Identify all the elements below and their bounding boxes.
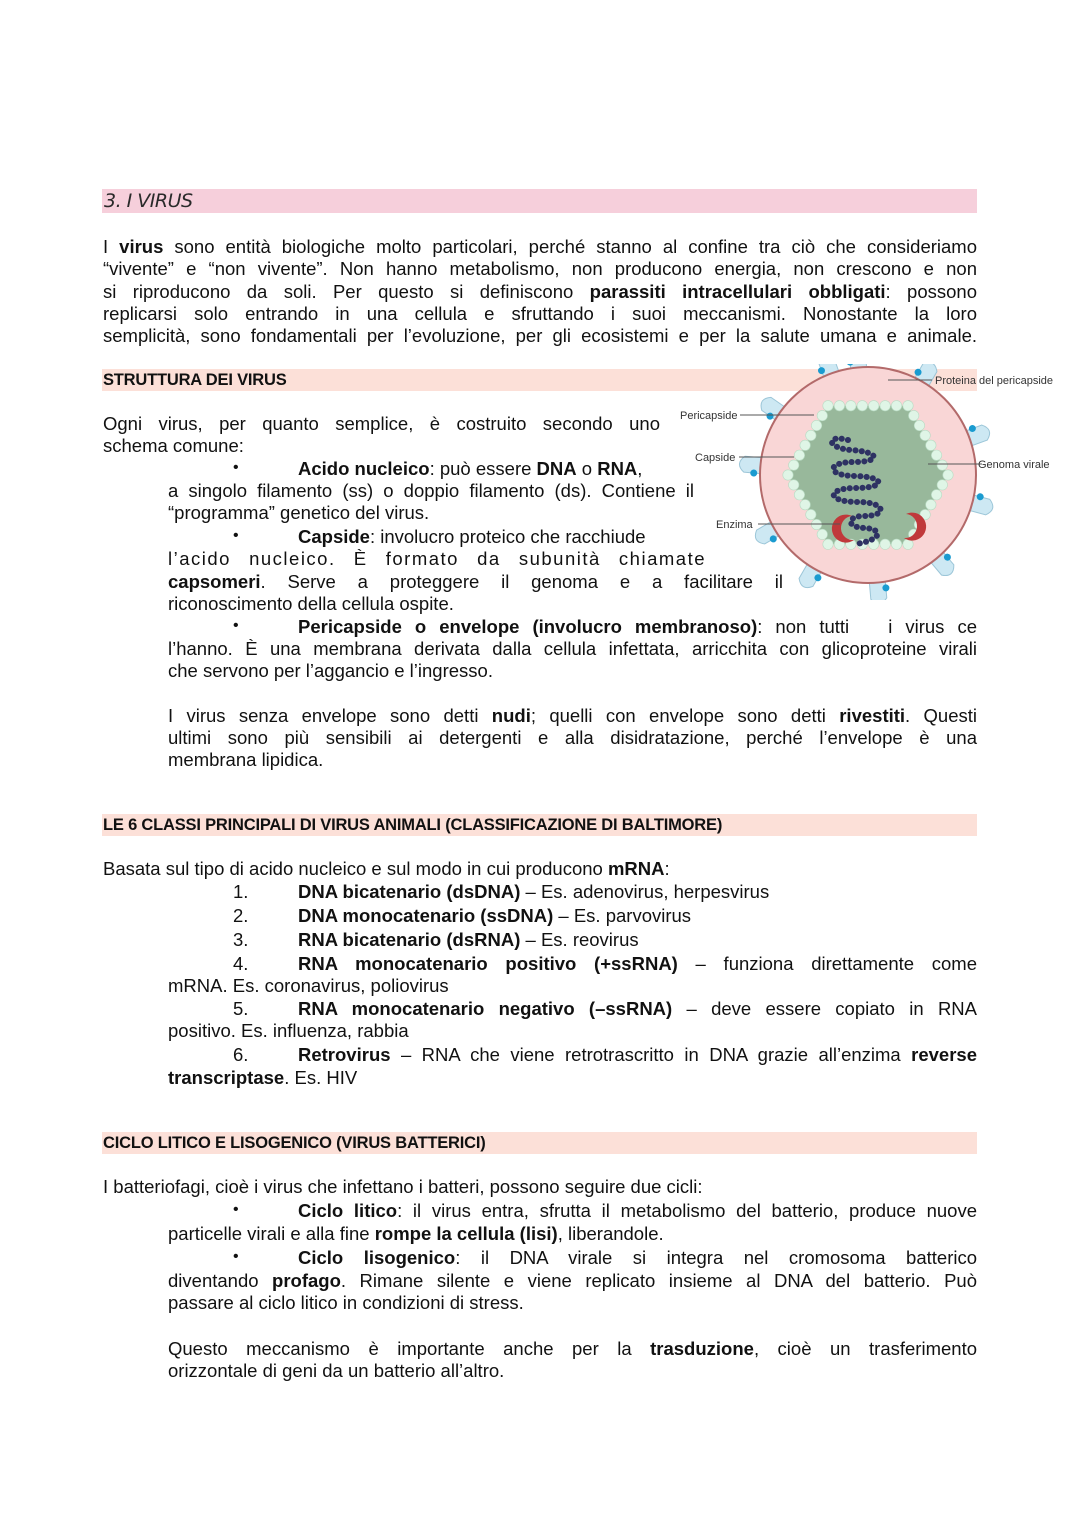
section-heading-cycles: CICLO LITICO E LISOGENICO (VIRUS BATTERI… [103,1134,486,1153]
structure-item-pericapside: Pericapside o envelope (involucro membra… [298,616,977,638]
virus-structure-diagram: Proteina del pericapside Pericapside Cap… [676,364,1070,600]
structure-item-line: l’acido nucleico. È formato da subunità … [168,548,706,570]
structure-note-line: membrana lipidica. [168,749,323,771]
baltimore-class: RNA bicatenario (dsRNA) – Es. reovirus [298,929,639,951]
bullet-icon: • [233,527,239,545]
chapter-title: 3. I VIRUS [104,190,193,212]
baltimore-class: DNA bicatenario (dsDNA) – Es. adenovirus… [298,881,769,903]
intro-line: I virus sono entità biologiche molto par… [103,236,977,258]
structure-item-line: che servono per l’aggancio e l’ingresso. [168,660,493,682]
section-heading-structure: STRUTTURA DEI VIRUS [103,371,287,390]
virus-illustration: Proteina del pericapside Pericapside Cap… [676,364,1070,600]
baltimore-class: RNA monocatenario positivo (+ssRNA) – fu… [298,953,977,975]
list-number: 4. [233,953,248,975]
bullet-icon: • [233,617,239,635]
bullet-icon: • [233,1248,239,1266]
cycle-item-litico: Ciclo litico: il virus entra, sfrutta il… [298,1200,977,1222]
structure-item-line: “programma” genetico del virus. [168,502,429,524]
structure-note-line: I virus senza envelope sono detti nudi; … [168,705,977,727]
baltimore-class: RNA monocatenario negativo (–ssRNA) – de… [298,998,977,1020]
structure-note-line: ultimi sono più sensibili ai detergenti … [168,727,977,749]
intro-line: semplicità, sono fondamentali per l’evol… [103,325,977,347]
chapter-title-bar [102,189,977,213]
list-number: 3. [233,929,248,951]
cycles-note-line: orizzontale di geni da un batterio all’a… [168,1360,504,1382]
label-enzyme: Enzima [716,519,754,531]
structure-item-acido-nucleico: Acido nucleico: può essere DNA o RNA, [298,458,642,480]
list-number: 1. [233,881,248,903]
cycle-item-line: passare al ciclo litico in condizioni di… [168,1292,524,1314]
structure-item-line: l’hanno. È una membrana derivata dalla c… [168,638,977,660]
bullet-icon: • [233,1201,239,1219]
cycles-lead: I batteriofagi, cioè i virus che infetta… [103,1176,703,1198]
baltimore-lead: Basata sul tipo di acido nucleico e sul … [103,858,670,880]
baltimore-class-cont: transcriptase. Es. HIV [168,1067,357,1089]
baltimore-class: Retrovirus – RNA che viene retrotrascrit… [298,1044,977,1066]
cycle-item-lisogenico: Ciclo lisogenico: il DNA virale si integ… [298,1247,977,1269]
label-capsid: Capside [695,452,735,464]
label-pericapsid-protein: Proteina del pericapside [935,375,1053,387]
intro-line: si riproducono da soli. Per questo si de… [103,281,977,303]
label-genome: Genoma virale [978,459,1050,471]
bullet-icon: • [233,459,239,477]
cycle-item-line: particelle virali e alla fine rompe la c… [168,1223,664,1245]
structure-item-line: a singolo filamento (ss) o doppio filame… [168,480,694,502]
intro-line: replicarsi solo entrando in una cellula … [103,303,977,325]
structure-item-line: riconoscimento della cellula ospite. [168,593,454,615]
baltimore-class: DNA monocatenario (ssDNA) – Es. parvovir… [298,905,691,927]
list-number: 6. [233,1044,248,1066]
list-number: 2. [233,905,248,927]
label-pericapsid: Pericapside [680,410,737,422]
structure-lead-line: Ogni virus, per quanto semplice, è costr… [103,413,660,435]
structure-lead-line: schema comune: [103,435,244,457]
section-heading-baltimore: LE 6 CLASSI PRINCIPALI DI VIRUS ANIMALI … [103,816,722,835]
baltimore-class-cont: positivo. Es. influenza, rabbia [168,1020,409,1042]
cycle-item-line: diventando profago. Rimane silente e vie… [168,1270,977,1292]
list-number: 5. [233,998,248,1020]
structure-item-capside: Capside: involucro proteico che racchiud… [298,526,646,548]
intro-line: “vivente” e “non vivente”. Non hanno met… [103,258,977,280]
cycles-note-line: Questo meccanismo è importante anche per… [168,1338,977,1360]
baltimore-class-cont: mRNA. Es. coronavirus, poliovirus [168,975,449,997]
